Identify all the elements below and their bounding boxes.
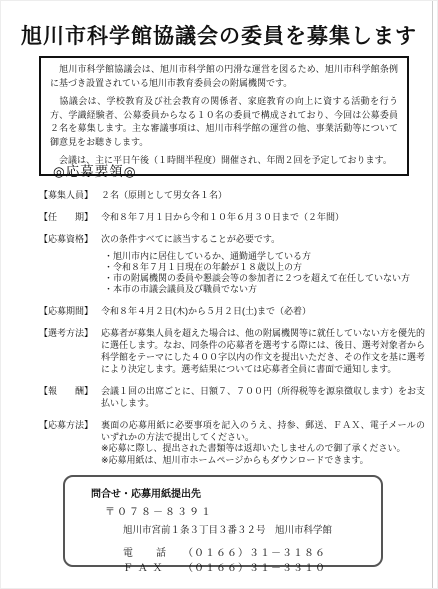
guideline-line: ※応募用紙は、旭川市ホームページからもダウンロードできます。 bbox=[101, 455, 425, 467]
postal-code: 〒０７８－８３９１ bbox=[105, 503, 371, 518]
contact-box: 問合せ・応募用紙提出先 〒０７８－８３９１ 旭川市宮前１条３丁目３番３２号 旭川… bbox=[63, 475, 383, 567]
guideline-line: ２名（原則として男女各１名） bbox=[101, 189, 425, 201]
fax-number: （０１６６）３１－３３１０ bbox=[183, 561, 326, 576]
guideline-label: 【任 期】 bbox=[39, 211, 101, 223]
guideline-item: 【選考方法】応募者が募集人員を超えた場合は、他の附属機関等に就任していない方を優… bbox=[39, 327, 425, 375]
guideline-label: 【応募期間】 bbox=[39, 305, 101, 317]
intro-paragraph: 旭川市科学館協議会は、旭川市科学館の円滑な運営を図るため、旭川市科学館条例に基づ… bbox=[50, 63, 398, 90]
guideline-line: ・令和８年７月１日現在の年齢が１８歳以上の方 bbox=[104, 262, 425, 273]
guideline-label: 【報 酬】 bbox=[39, 385, 101, 409]
scan-edge-line bbox=[432, 1, 433, 588]
phone-label: 電 話 bbox=[123, 546, 183, 561]
recruitment-notice-page: 旭川市科学館協議会の委員を募集します 旭川市科学館協議会は、旭川市科学館の円滑な… bbox=[0, 0, 438, 589]
fax-row: Ｆ Ａ Ｘ （０１６６）３１－３３１０ bbox=[123, 561, 371, 576]
guideline-line: 次の条件すべてに該当することが必要です。 bbox=[101, 233, 425, 245]
application-guidelines-heading: ◎応募要領◎ bbox=[53, 160, 137, 180]
guideline-item: 【応募期間】令和８年４月２日(木)から５月２日(土)まで（必着） bbox=[39, 305, 425, 317]
guideline-content: 裏面の応募用紙に必要事項を記入のうえ、持参、郵送、ＦＡＸ、電子メールのいずれかの… bbox=[101, 419, 425, 466]
guideline-label: 【応募資格】 bbox=[39, 233, 101, 295]
guideline-content: 令和８年４月２日(木)から５月２日(土)まで（必着） bbox=[101, 305, 425, 317]
fax-label: Ｆ Ａ Ｘ bbox=[123, 561, 183, 576]
phone-row: 電 話 （０１６６）３１－３１８６ bbox=[123, 546, 371, 561]
guideline-content: 令和８年７月１日から令和１０年６月３０日まで（２年間） bbox=[101, 211, 425, 223]
guideline-line: ※応募に際し、提出された書類等は返却いたしませんので御了承ください。 bbox=[101, 443, 425, 455]
guidelines-list: 【募集人員】２名（原則として男女各１名）【任 期】令和８年７月１日から令和１０年… bbox=[39, 189, 425, 476]
guideline-line: ・市の附属機関の委員や懇談会等の参加者に２つを超えて在任していない方 bbox=[104, 273, 425, 284]
guideline-line: 令和８年７月１日から令和１０年６月３０日まで（２年間） bbox=[101, 211, 425, 223]
address: 旭川市宮前１条３丁目３番３２号 旭川市科学館 bbox=[123, 522, 371, 536]
intro-box: 旭川市科学館協議会は、旭川市科学館の円滑な運営を図るため、旭川市科学館条例に基づ… bbox=[39, 56, 409, 176]
guideline-line: ・旭川市内に居住しているか、通勤通学している方 bbox=[104, 251, 425, 262]
intro-paragraph: 協議会は、学校教育及び社会教育の関係者、家庭教育の向上に資する活動を行う方、学識… bbox=[50, 95, 398, 149]
guideline-item: 【任 期】令和８年７月１日から令和１０年６月３０日まで（２年間） bbox=[39, 211, 425, 223]
guideline-item: 【応募資格】次の条件すべてに該当することが必要です。・旭川市内に居住しているか、… bbox=[39, 233, 425, 295]
guideline-item: 【報 酬】会議１回の出席ごとに、日額７、７００円（所得税等を源泉徴収します）をお… bbox=[39, 385, 425, 409]
page-title: 旭川市科学館協議会の委員を募集します bbox=[1, 20, 437, 50]
guideline-label: 【選考方法】 bbox=[39, 327, 101, 375]
contact-heading: 問合せ・応募用紙提出先 bbox=[91, 485, 371, 500]
guideline-content: 応募者が募集人員を超えた場合は、他の附属機関等に就任していない方を優先的に選任し… bbox=[101, 327, 425, 375]
guideline-item: 【応募方法】裏面の応募用紙に必要事項を記入のうえ、持参、郵送、ＦＡＸ、電子メール… bbox=[39, 419, 425, 466]
guideline-content: 次の条件すべてに該当することが必要です。・旭川市内に居住しているか、通勤通学して… bbox=[101, 233, 425, 295]
guideline-label: 【応募方法】 bbox=[39, 419, 101, 466]
guideline-line: 会議１回の出席ごとに、日額７、７００円（所得税等を源泉徴収します）をお支払いしま… bbox=[101, 385, 425, 409]
guideline-line: 令和８年４月２日(木)から５月２日(土)まで（必着） bbox=[101, 305, 425, 317]
guideline-line: 応募者が募集人員を超えた場合は、他の附属機関等に就任していない方を優先的に選任し… bbox=[101, 327, 425, 375]
guideline-label: 【募集人員】 bbox=[39, 189, 101, 201]
guideline-item: 【募集人員】２名（原則として男女各１名） bbox=[39, 189, 425, 201]
guideline-line: 裏面の応募用紙に必要事項を記入のうえ、持参、郵送、ＦＡＸ、電子メールのいずれかの… bbox=[101, 419, 425, 443]
guideline-content: ２名（原則として男女各１名） bbox=[101, 189, 425, 201]
guideline-line: ・本市の市議会議員及び職員でない方 bbox=[104, 284, 425, 295]
guideline-content: 会議１回の出席ごとに、日額７、７００円（所得税等を源泉徴収します）をお支払いしま… bbox=[101, 385, 425, 409]
phone-number: （０１６６）３１－３１８６ bbox=[183, 546, 326, 561]
